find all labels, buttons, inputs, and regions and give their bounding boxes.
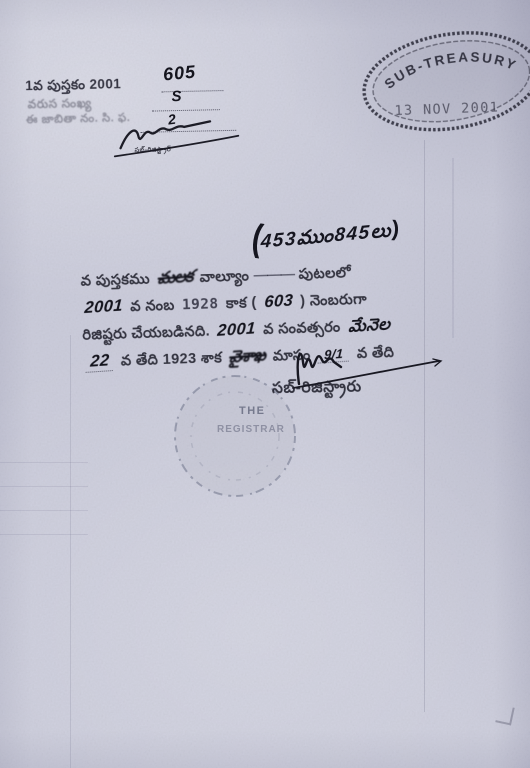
line2-open-paren-text: కాక ( (226, 295, 257, 312)
line4-handwritten-day: 22 (86, 351, 114, 373)
show-through-line (0, 462, 88, 463)
signature-caption-small: సబ్-రిజిస్ట్రార్ (135, 145, 172, 155)
line2-handwritten-year: 2001 (84, 297, 123, 319)
line1-handwritten-scribble: మలక (157, 267, 193, 291)
line2-document-number: 1928 (182, 296, 219, 313)
show-through-line (0, 534, 88, 535)
page-corner-mark (495, 705, 514, 726)
line4-handwritten-month: వైశాఖ (229, 346, 266, 370)
show-through-line (0, 510, 88, 511)
line1-volume-label: వాల్యూం (199, 268, 249, 286)
show-through-line (0, 486, 88, 487)
dotted-blank-line (152, 109, 220, 111)
handwritten-serial-value: S (171, 88, 182, 106)
sub-treasury-oval-stamp: SUB-TREASURY 13 NOV 2001 (348, 9, 530, 150)
line2-close-paren-text: ) నెంబరుగా (300, 292, 367, 310)
vertical-fold-crease-left (70, 335, 71, 768)
line2-number-label: వ నంబ (130, 298, 175, 315)
line3-year-label: వ సంవత్సరం (263, 319, 341, 337)
line1-suffix: పుటలలో (298, 265, 351, 283)
scanned-document-page: 1వ పుస్తకం 2001 605 వరుస సంఖ్య S ఈ జాబిత… (0, 0, 530, 768)
handwritten-volume-number: 605 (162, 62, 197, 86)
seal-text-line2: REGISTRAR (217, 424, 285, 435)
vertical-fold-crease-right (424, 140, 425, 712)
line1-prefix: వ పుస్తకము (80, 271, 150, 289)
scan-streak (452, 158, 454, 338)
line4-date-shaka-label: వ తేది 1923 శాక (121, 350, 223, 369)
seal-text-line1: THE (239, 405, 266, 417)
reference-body: 453ముం845లు (260, 220, 393, 258)
line2-handwritten-number: 603 (264, 291, 294, 312)
sub-registrar-signature-top: సబ్-రిజిస్ట్రార్ (112, 116, 245, 171)
registration-stamp-block: 1వ పుస్తకం 2001 605 వరుస సంఖ్య S ఈ జాబిత… (23, 68, 240, 172)
signature-underline (114, 136, 238, 157)
line3-handwritten-year: 2001 (217, 319, 256, 341)
treasury-date-stamp: 13 NOV 2001 (394, 99, 499, 119)
reference-close-paren: ) (391, 216, 400, 242)
sub-registrar-caption: సబ్-రిజిస్ట్రారు (272, 378, 362, 401)
line3-handwritten-month: మేనెల (347, 315, 390, 340)
line1-dash-blank: ——— (253, 267, 294, 284)
line3-registered-label: రిజిష్టరు చేయబడినది. (82, 323, 210, 343)
book-year-label: 1వ పుస్తకం 2001 (25, 76, 121, 97)
handwritten-reference-number: (453ముం845లు) (251, 210, 401, 259)
